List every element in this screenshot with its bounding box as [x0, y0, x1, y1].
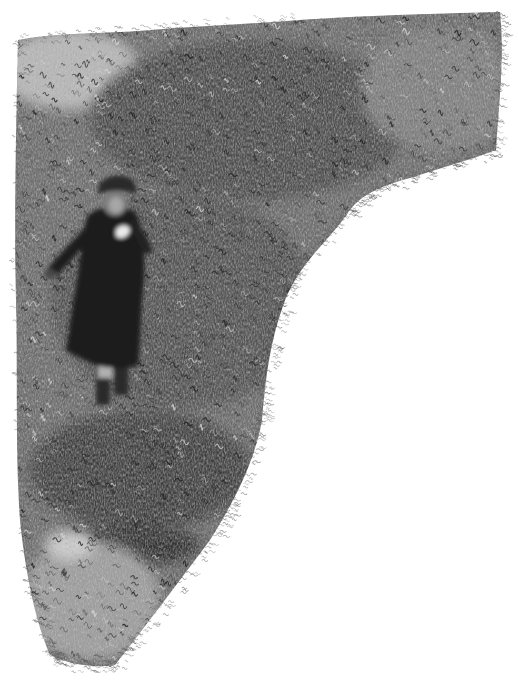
artwork-canvas: [0, 0, 518, 681]
